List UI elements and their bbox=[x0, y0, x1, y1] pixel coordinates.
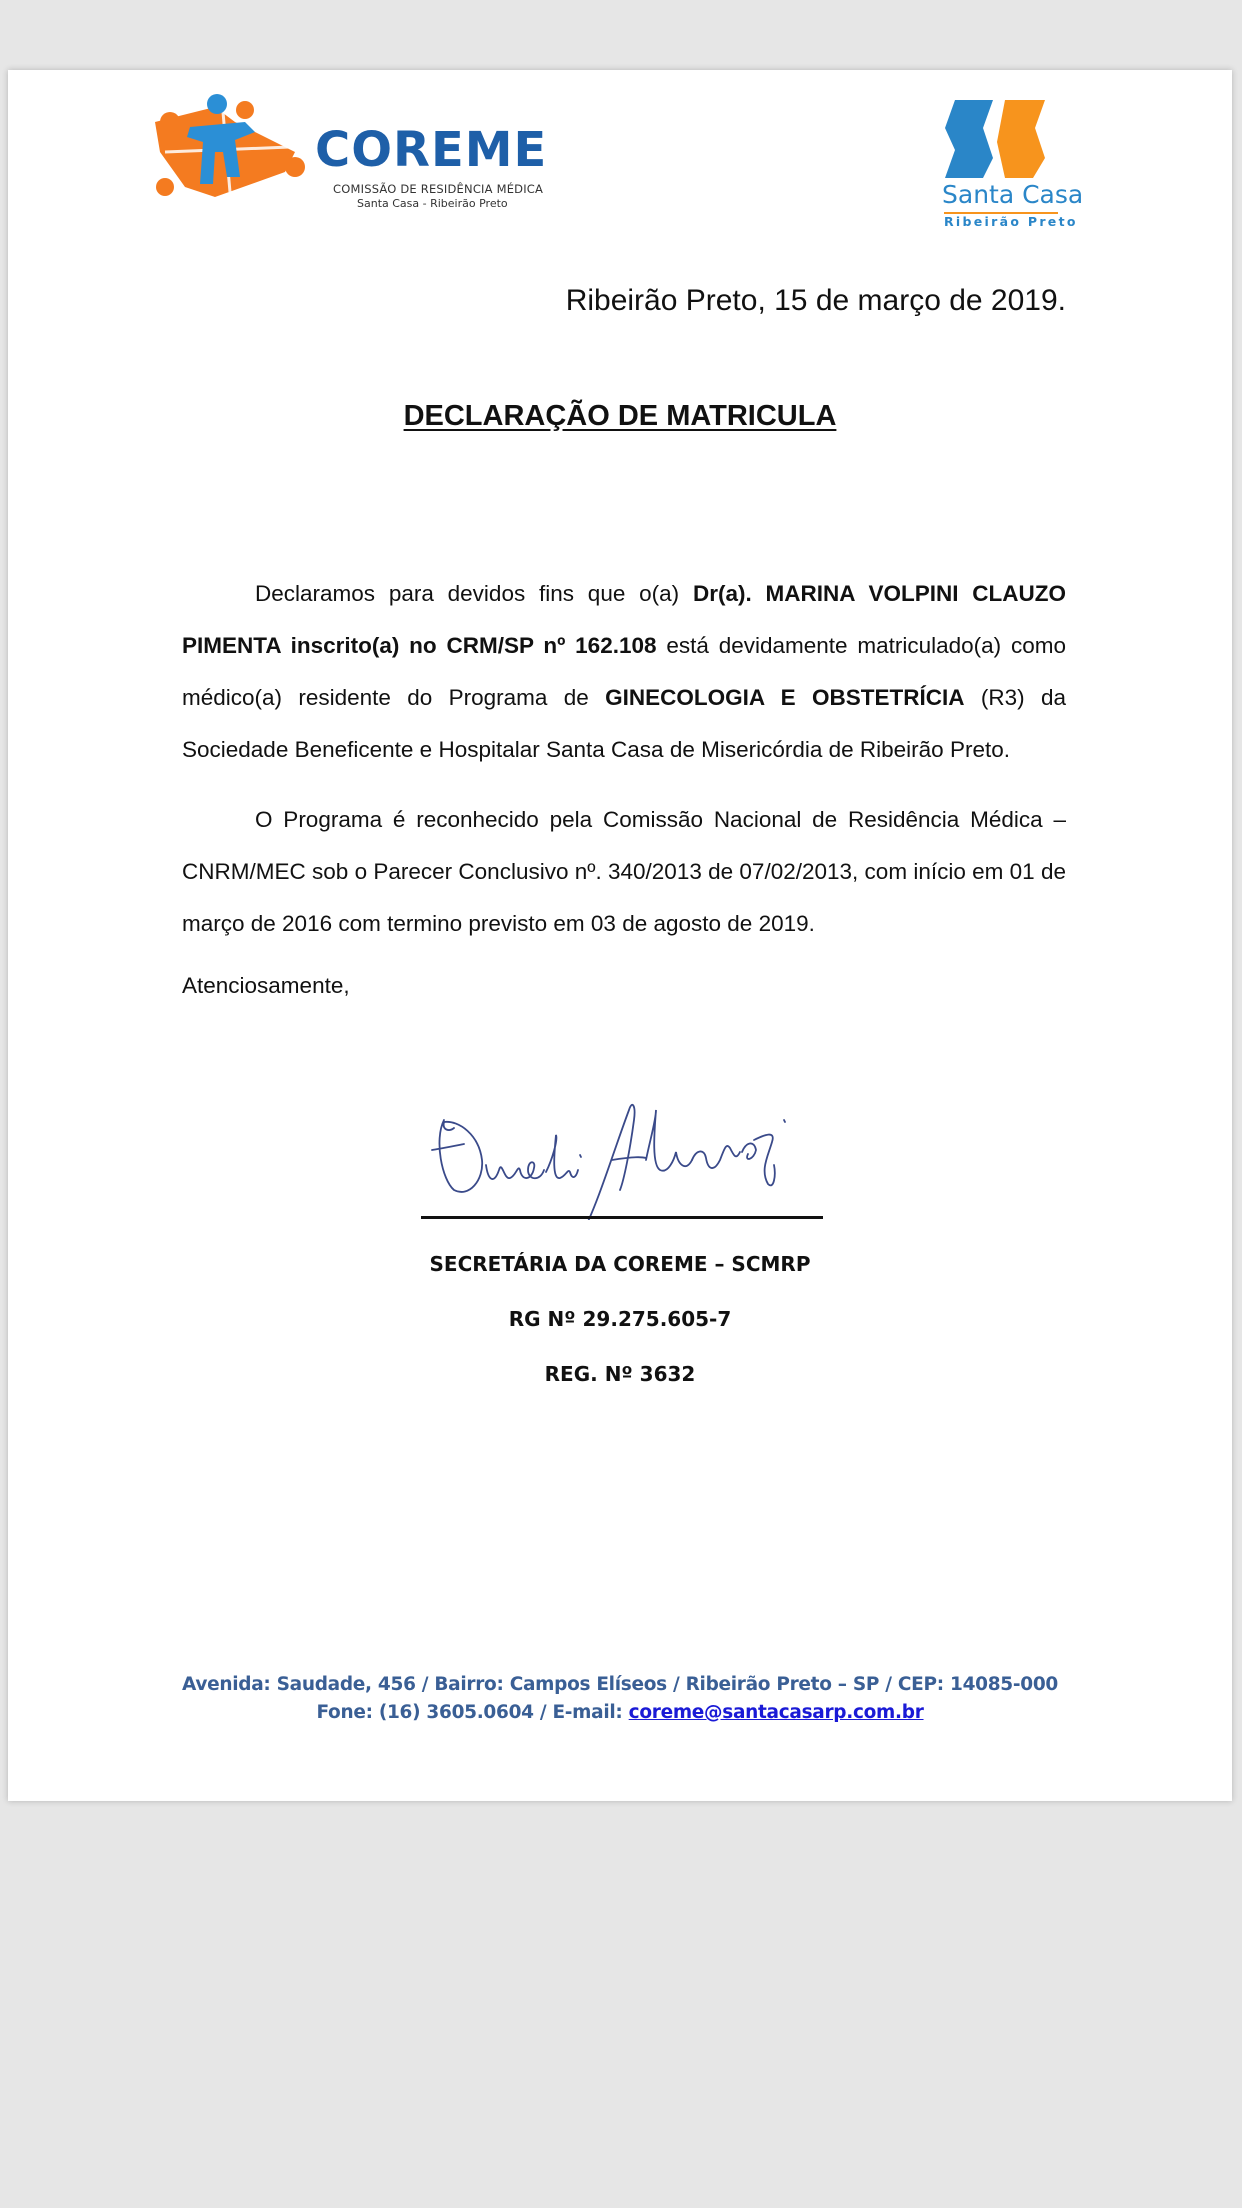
declaration-paragraph: Declaramos para devidos fins que o(a) Dr… bbox=[182, 568, 1066, 776]
santa-casa-logo-text: Santa Casa bbox=[942, 180, 1083, 209]
document-date: Ribeirão Preto, 15 de março de 2019. bbox=[566, 284, 1066, 318]
santa-casa-logo: Santa Casa Ribeirão Preto bbox=[930, 100, 1070, 230]
signer-registration: REG. Nº 3632 bbox=[8, 1362, 1232, 1386]
footer-contact: Fone: (16) 3605.0604 / E-mail: coreme@sa… bbox=[8, 1702, 1232, 1723]
signer-rg: RG Nº 29.275.605-7 bbox=[8, 1307, 1232, 1331]
footer-phone: Fone: (16) 3605.0604 / E-mail: bbox=[316, 1702, 628, 1723]
handwritten-signature bbox=[424, 1080, 824, 1220]
coreme-logo-location: Santa Casa - Ribeirão Preto bbox=[357, 197, 508, 210]
document-title: DECLARAÇÃO DE MATRICULA bbox=[8, 400, 1232, 433]
puzzle-person-icon bbox=[145, 92, 305, 212]
program-name: GINECOLOGIA E OBSTETRÍCIA bbox=[605, 685, 964, 710]
signature-line bbox=[421, 1216, 823, 1219]
coreme-logo-text: COREME bbox=[315, 122, 547, 178]
footer-email-link[interactable]: coreme@santacasarp.com.br bbox=[629, 1702, 924, 1723]
signer-role: SECRETÁRIA DA COREME – SCMRP bbox=[8, 1252, 1232, 1276]
coreme-logo: COREME COMISSÃO DE RESIDÊNCIA MÉDICA San… bbox=[145, 92, 565, 212]
program-recognition-paragraph: O Programa é reconhecido pela Comissão N… bbox=[182, 794, 1066, 950]
document-page: COREME COMISSÃO DE RESIDÊNCIA MÉDICA San… bbox=[8, 70, 1232, 1801]
santa-casa-chevrons-icon bbox=[945, 100, 1065, 178]
coreme-logo-subtitle: COMISSÃO DE RESIDÊNCIA MÉDICA bbox=[333, 182, 543, 196]
santa-casa-logo-city: Ribeirão Preto bbox=[944, 214, 1078, 229]
footer-address: Avenida: Saudade, 456 / Bairro: Campos E… bbox=[8, 1674, 1232, 1695]
closing-text: Atenciosamente, bbox=[182, 973, 350, 999]
